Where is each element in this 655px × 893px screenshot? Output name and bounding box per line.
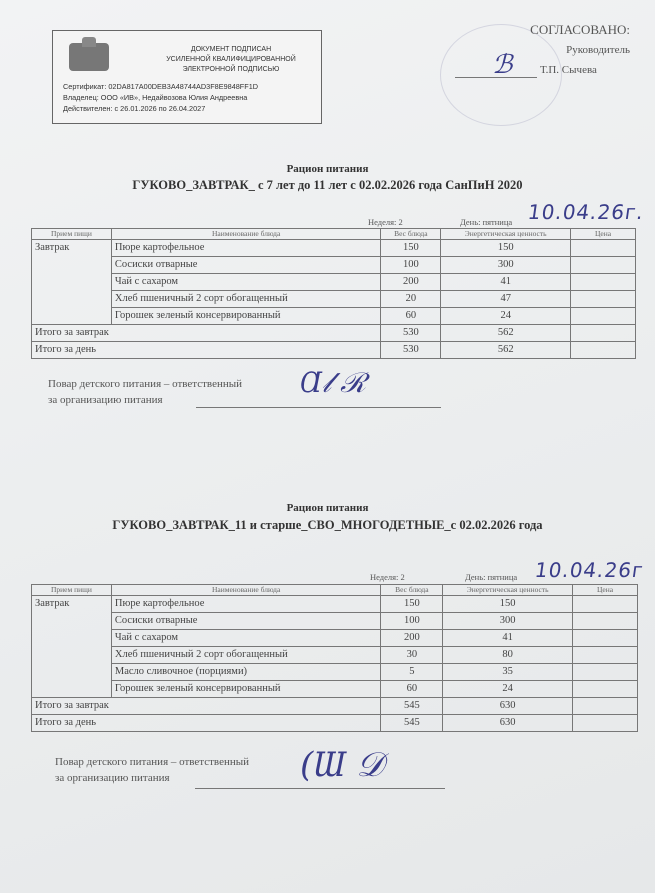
total-weight: 545 [381,698,443,715]
menu-2-signature-line [195,788,445,789]
dish-name: Чай с сахаром [111,630,381,647]
dish-weight: 100 [381,613,443,630]
total-label: Итого за день [32,715,381,732]
approval-label: СОГЛАСОВАНО: [530,20,630,40]
menu-2-handwritten-date: 10.04.26г [533,558,645,582]
table-header-row: Прием пищиНаименование блюдаВес блюдаЭне… [32,229,636,240]
dish-price [573,630,638,647]
dish-name: Сосиски отварные [111,257,381,274]
dish-name: Сосиски отварные [111,613,381,630]
table-row: Чай с сахаром20041 [32,274,636,291]
total-row: Итого за день530562 [32,342,636,359]
cook-title-line: Повар детского питания – ответственный [48,376,242,392]
table-row: Горошек зеленый консервированный6024 [32,308,636,325]
menu-1-week: Неделя: 2 [368,217,403,227]
dish-energy: 35 [443,664,573,681]
dish-weight: 60 [381,308,441,325]
column-header: Энергетическая ценность [441,229,571,240]
cook-signature-icon: (Ɯ 𝒟 [300,745,383,785]
dish-price [571,240,636,257]
column-header: Вес блюда [381,229,441,240]
dish-weight: 150 [381,240,441,257]
table-row: Горошек зеленый консервированный6024 [32,681,638,698]
dish-weight: 60 [381,681,443,698]
menu-2-subtitle: ГУКОВО_ЗАВТРАК_11 и старше_СВО_МНОГОДЕТН… [0,518,655,533]
total-row: Итого за день545630 [32,715,638,732]
total-energy: 630 [443,698,573,715]
menu-1-title: Рацион питания [0,163,655,175]
certificate-validity: Действителен: с 26.01.2026 по 26.04.2027 [63,103,258,114]
total-row: Итого за завтрак545630 [32,698,638,715]
column-header: Наименование блюда [111,585,381,596]
menu-1-subtitle: ГУКОВО_ЗАВТРАК_ с 7 лет до 11 лет с 02.0… [0,178,655,193]
dish-weight: 5 [381,664,443,681]
table-row: Чай с сахаром20041 [32,630,638,647]
dish-energy: 300 [443,613,573,630]
menu-1-handwritten-date: 10.04.26г. [526,200,645,224]
dish-price [573,647,638,664]
menu-1-day: День: пятница [460,217,512,227]
dish-weight: 100 [381,257,441,274]
dish-price [573,596,638,613]
menu-1-signature-line [196,407,441,408]
total-label: Итого за день [32,342,381,359]
dish-name: Хлеб пшеничный 2 сорт обогащенный [111,647,381,664]
stamp-title-line: УСИЛЕННОЙ КВАЛИФИЦИРОВАННОЙ [143,55,319,65]
total-label: Итого за завтрак [32,325,381,342]
cook-title-line: за организацию питания [48,392,242,408]
cook-signature-icon: Ɑ𝓁 ℛ [300,366,366,400]
meal-type: Завтрак [32,596,112,698]
dish-energy: 150 [441,240,571,257]
total-energy: 562 [441,325,571,342]
dish-weight: 30 [381,647,443,664]
table-header-row: Прием пищиНаименование блюдаВес блюдаЭне… [32,585,638,596]
dish-weight: 200 [381,274,441,291]
stamp-title: ДОКУМЕНТ ПОДПИСАН УСИЛЕННОЙ КВАЛИФИЦИРОВ… [143,45,319,75]
total-label: Итого за завтрак [32,698,381,715]
table-row: Масло сливочное (порциями)535 [32,664,638,681]
menu-2-week: Неделя: 2 [370,572,405,582]
total-energy: 630 [443,715,573,732]
handwritten-signature-icon: ℬ [492,50,512,80]
dish-weight: 20 [381,291,441,308]
dish-energy: 300 [441,257,571,274]
meal-type: Завтрак [32,240,112,325]
dish-name: Горошек зеленый консервированный [111,681,381,698]
table-row: ЗавтракПюре картофельное150150 [32,596,638,613]
dish-name: Масло сливочное (порциями) [111,664,381,681]
dish-price [573,664,638,681]
column-header: Прием пищи [32,585,112,596]
table-row: Сосиски отварные100300 [32,257,636,274]
cook-title-line: за организацию питания [55,770,249,786]
menu-1-cook-signature: Повар детского питания – ответственный з… [48,376,242,408]
total-weight: 530 [381,325,441,342]
total-price [573,715,638,732]
dish-weight: 200 [381,630,443,647]
dish-price [571,274,636,291]
table-row: ЗавтракПюре картофельное150150 [32,240,636,257]
total-row: Итого за завтрак530562 [32,325,636,342]
dish-price [571,308,636,325]
column-header: Наименование блюда [111,229,381,240]
menu-2-cook-signature: Повар детского питания – ответственный з… [55,754,249,786]
certificate-number: Сертификат: 02DA817A00DEB3A48744AD3F8E98… [63,81,258,92]
column-header: Цена [571,229,636,240]
table-row: Сосиски отварные100300 [32,613,638,630]
menu-2-day: День: пятница [465,572,517,582]
dish-price [571,257,636,274]
dish-name: Горошек зеленый консервированный [111,308,381,325]
dish-weight: 150 [381,596,443,613]
approval-role: Руководитель [530,40,630,60]
menu-2-table: Прием пищиНаименование блюдаВес блюдаЭне… [31,584,638,732]
stamp-title-line: ЭЛЕКТРОННОЙ ПОДПИСЬЮ [143,65,319,75]
approver-name: Т.П. Сычева [540,64,597,76]
dish-energy: 47 [441,291,571,308]
dish-price [571,291,636,308]
total-price [571,342,636,359]
table-row: Хлеб пшеничный 2 сорт обогащенный2047 [32,291,636,308]
total-energy: 562 [441,342,571,359]
dish-name: Пюре картофельное [111,240,381,257]
certificate-owner: Владелец: ООО «ИВ», Недайвозова Юлия Анд… [63,92,258,103]
column-header: Цена [573,585,638,596]
dish-energy: 24 [443,681,573,698]
dish-energy: 150 [443,596,573,613]
column-header: Вес блюда [381,585,443,596]
column-header: Прием пищи [32,229,112,240]
dish-price [573,681,638,698]
dish-energy: 41 [441,274,571,291]
menu-1-table: Прием пищиНаименование блюдаВес блюдаЭне… [31,228,636,359]
organization-logo-icon [69,43,109,71]
dish-energy: 24 [441,308,571,325]
total-price [571,325,636,342]
dish-price [573,613,638,630]
dish-energy: 80 [443,647,573,664]
dish-name: Пюре картофельное [111,596,381,613]
electronic-signature-stamp: ДОКУМЕНТ ПОДПИСАН УСИЛЕННОЙ КВАЛИФИЦИРОВ… [52,30,322,124]
cook-title-line: Повар детского питания – ответственный [55,754,249,770]
total-weight: 545 [381,715,443,732]
column-header: Энергетическая ценность [443,585,573,596]
total-weight: 530 [381,342,441,359]
dish-name: Чай с сахаром [111,274,381,291]
total-price [573,698,638,715]
stamp-title-line: ДОКУМЕНТ ПОДПИСАН [143,45,319,55]
dish-energy: 41 [443,630,573,647]
table-row: Хлеб пшеничный 2 сорт обогащенный3080 [32,647,638,664]
dish-name: Хлеб пшеничный 2 сорт обогащенный [111,291,381,308]
approval-block: СОГЛАСОВАНО: Руководитель [530,20,630,60]
menu-2-title: Рацион питания [0,502,655,514]
